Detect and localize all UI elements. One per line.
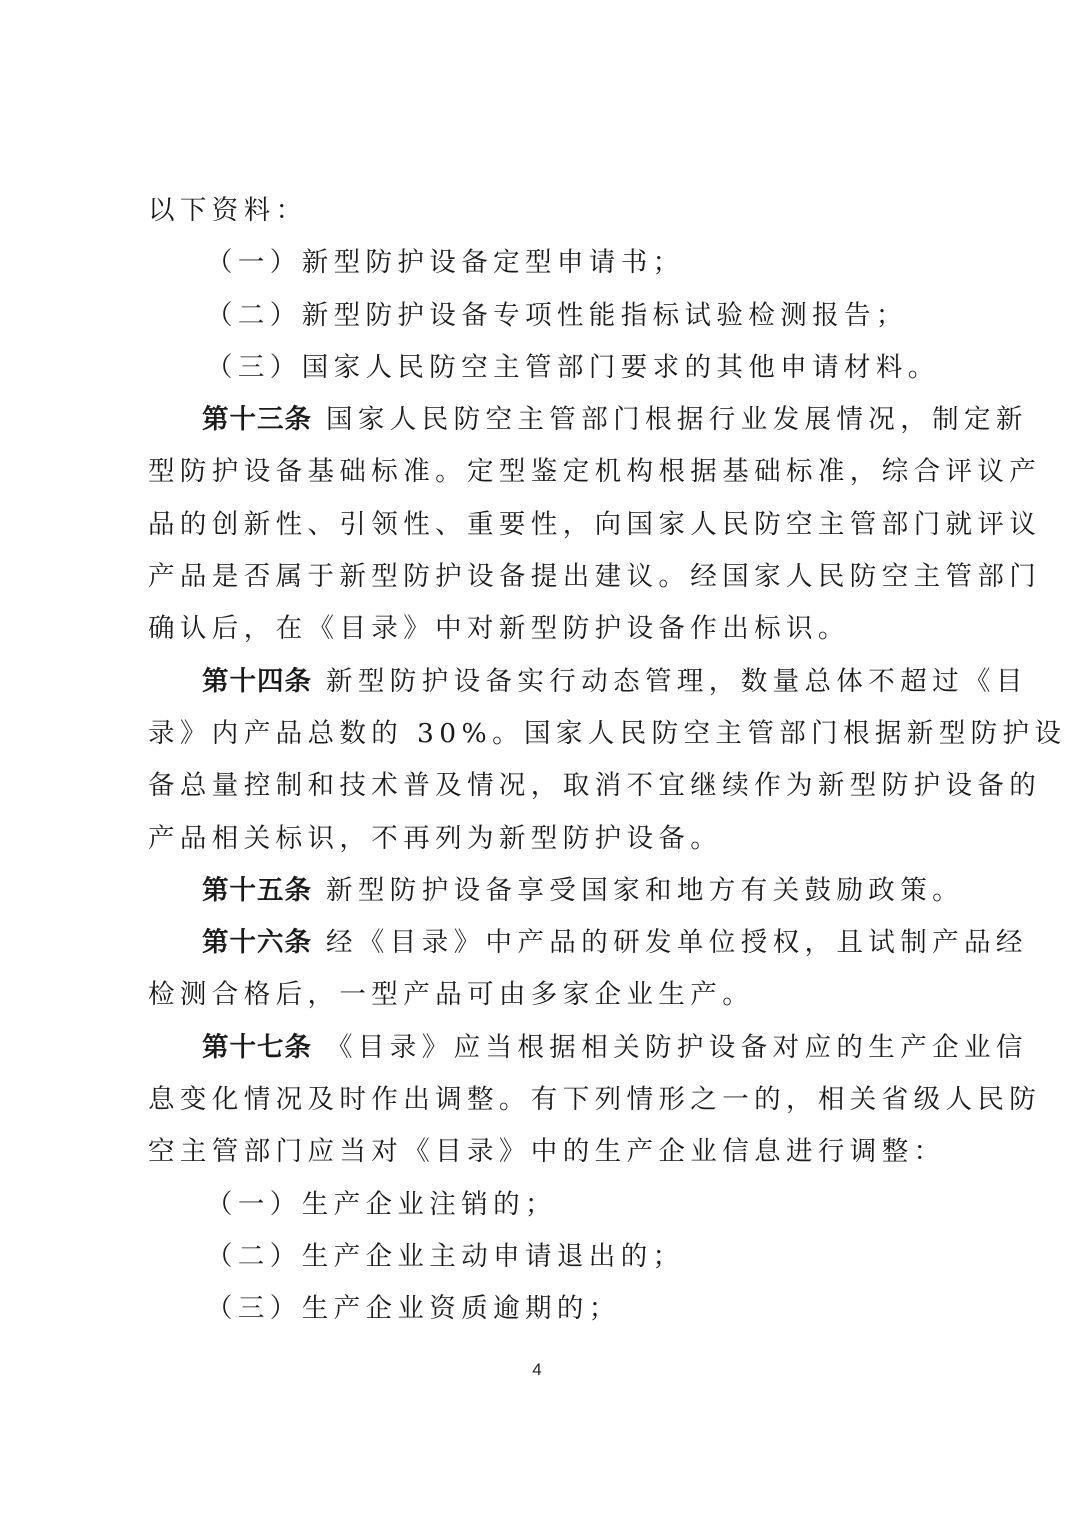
paragraph-line: 检测合格后，一型产品可由多家企业生产。: [148, 969, 930, 1021]
article-heading: 第十六条: [202, 927, 312, 958]
article-16: 第十六条经《目录》中产品的研发单位授权，且试制产品经: [148, 917, 930, 969]
article-heading: 第十三条: [202, 404, 312, 435]
article-text: 国家人民防空主管部门根据行业发展情况，制定新: [326, 404, 1028, 435]
article-heading: 第十五条: [202, 875, 312, 906]
list-item: （一）新型防护设备定型申请书；: [148, 237, 930, 289]
article-heading: 第十四条: [202, 666, 312, 697]
article-13: 第十三条国家人民防空主管部门根据行业发展情况，制定新: [148, 394, 930, 446]
article-text: 新型防护设备实行动态管理，数量总体不超过《目: [326, 666, 1028, 697]
article-17: 第十七条《目录》应当根据相关防护设备对应的生产企业信: [148, 1022, 930, 1074]
article-text: 《目录》应当根据相关防护设备对应的生产企业信: [326, 1032, 1028, 1063]
paragraph-line: 备总量控制和技术普及情况，取消不宜继续作为新型防护设备的: [148, 760, 930, 812]
list-item: （二）生产企业主动申请退出的；: [148, 1231, 930, 1283]
article-heading: 第十七条: [202, 1032, 312, 1063]
list-item: （三）生产企业资质逾期的；: [148, 1283, 930, 1335]
paragraph-line: 产品是否属于新型防护设备提出建议。经国家人民防空主管部门: [148, 551, 930, 603]
list-item: （一）生产企业注销的；: [148, 1179, 930, 1231]
paragraph-line: 确认后，在《目录》中对新型防护设备作出标识。: [148, 603, 930, 655]
article-text: 新型防护设备享受国家和地方有关鼓励政策。: [326, 875, 964, 906]
document-page: 以下资料： （一）新型防护设备定型申请书； （二）新型防护设备专项性能指标试验检…: [148, 185, 930, 1336]
list-item: （二）新型防护设备专项性能指标试验检测报告；: [148, 290, 930, 342]
article-14: 第十四条新型防护设备实行动态管理，数量总体不超过《目: [148, 656, 930, 708]
continuation-line: 以下资料：: [148, 185, 930, 237]
paragraph-line: 品的创新性、引领性、重要性，向国家人民防空主管部门就评议: [148, 499, 930, 551]
article-text: 经《目录》中产品的研发单位授权，且试制产品经: [326, 927, 1028, 958]
paragraph-line: 录》内产品总数的 30%。国家人民防空主管部门根据新型防护设: [148, 708, 930, 760]
paragraph-line: 产品相关标识，不再列为新型防护设备。: [148, 813, 930, 865]
article-15: 第十五条新型防护设备享受国家和地方有关鼓励政策。: [148, 865, 930, 917]
paragraph-line: 空主管部门应当对《目录》中的生产企业信息进行调整：: [148, 1126, 930, 1178]
list-item: （三）国家人民防空主管部门要求的其他申请材料。: [148, 342, 930, 394]
paragraph-line: 型防护设备基础标准。定型鉴定机构根据基础标准，综合评议产: [148, 446, 930, 498]
paragraph-line: 息变化情况及时作出调整。有下列情形之一的，相关省级人民防: [148, 1074, 930, 1126]
page-number: 4: [0, 1360, 1074, 1380]
